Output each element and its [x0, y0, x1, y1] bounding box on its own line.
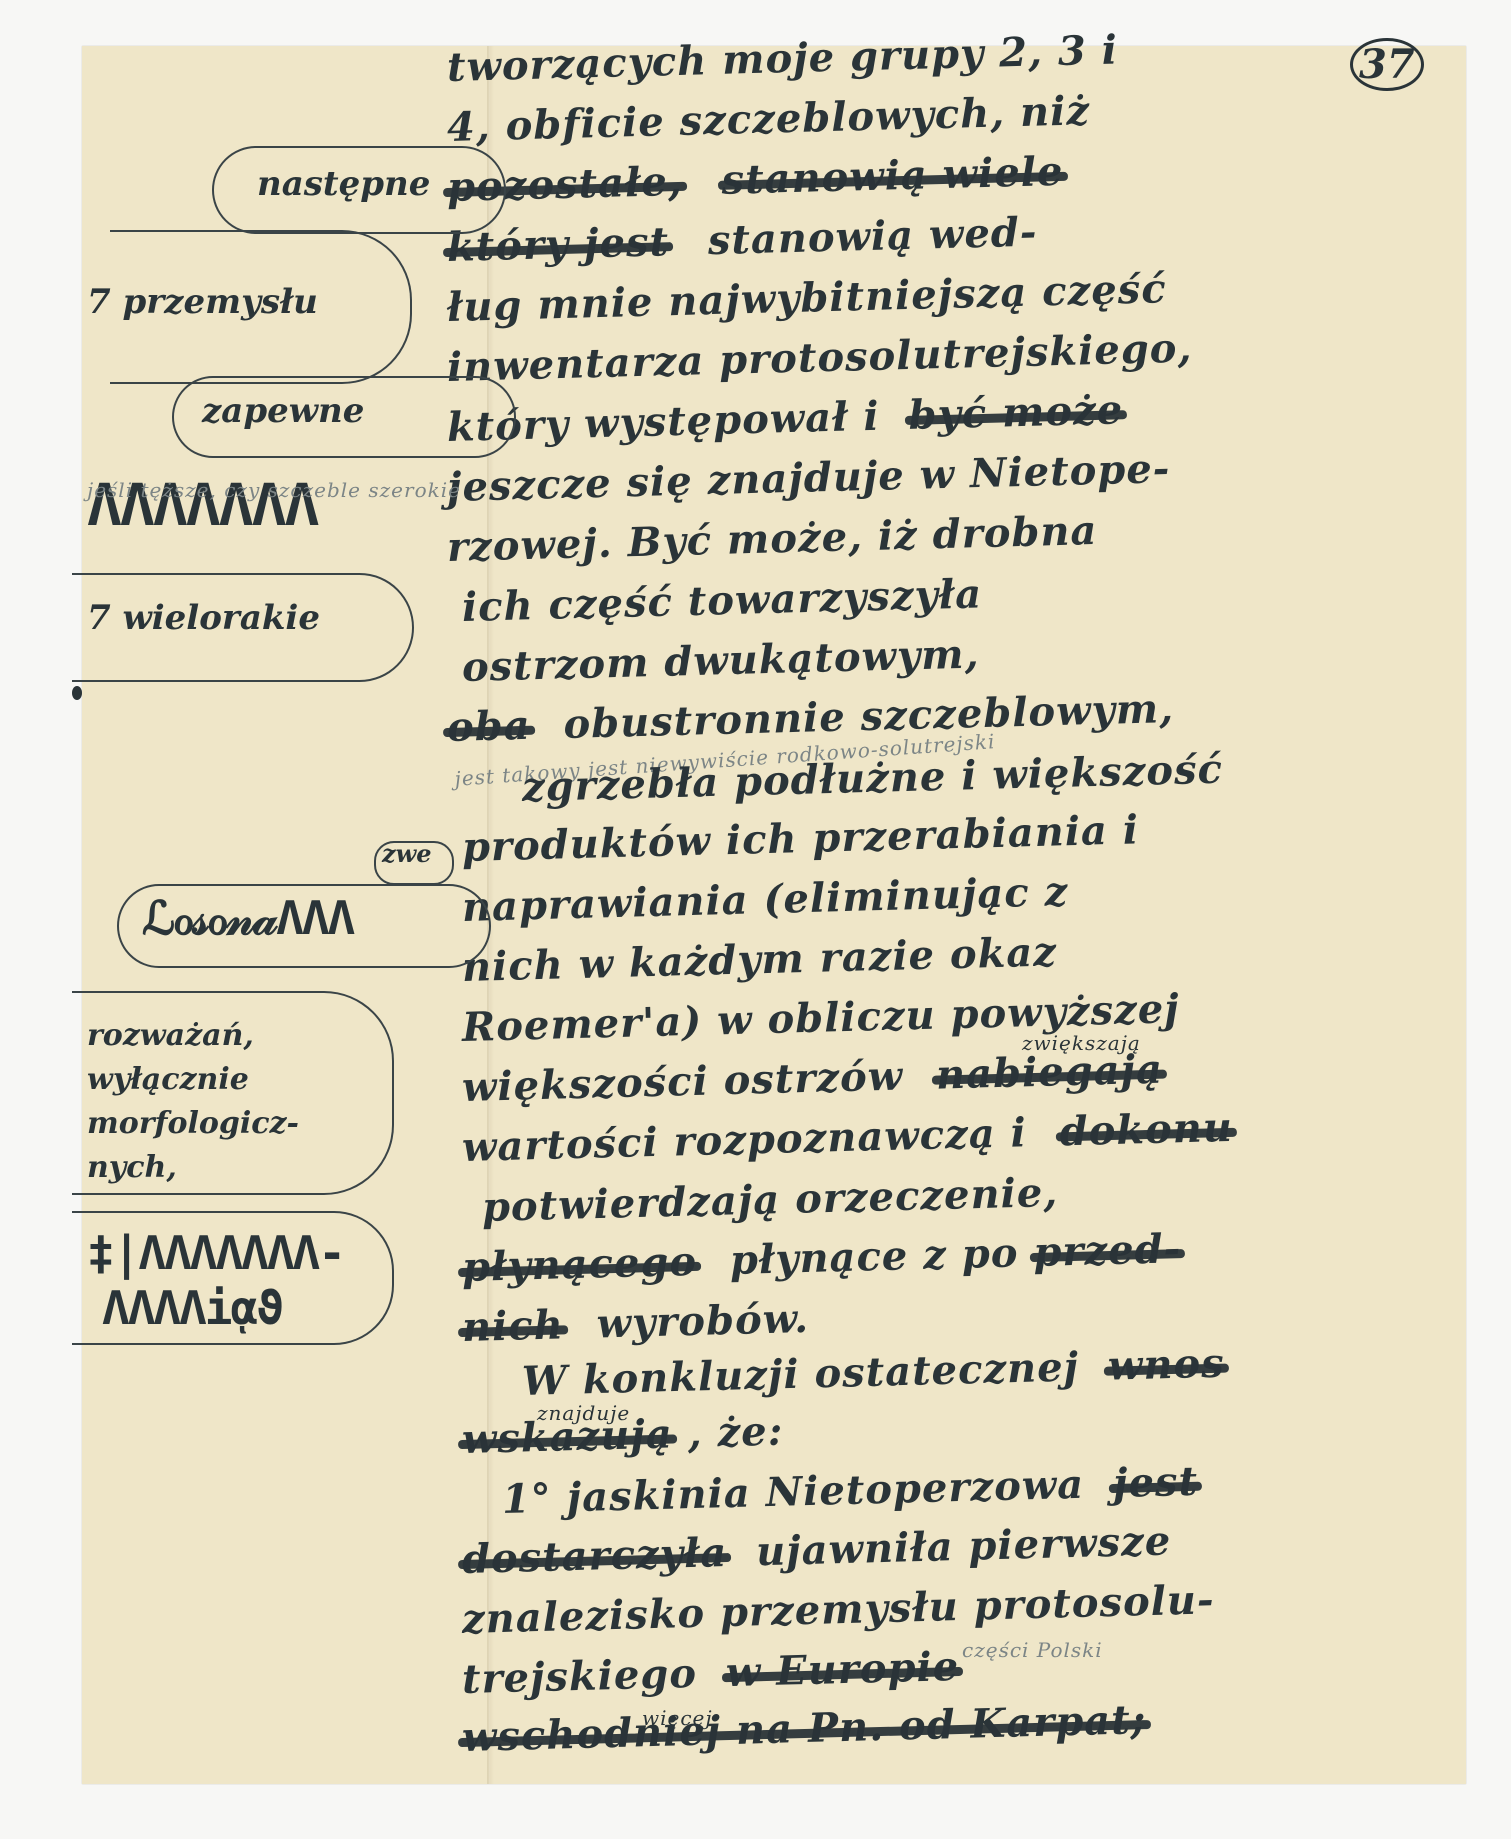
- margin-note: 7 przemysłu: [87, 282, 318, 322]
- text-line: tworzących moje grupy 2, 3 i: [446, 26, 1118, 91]
- text-line: inwentarza protosolutrejskiego,: [446, 324, 1193, 391]
- text-line: potwierdzają orzeczenie,: [481, 1169, 1058, 1231]
- text-line: ich część towarzyszyła: [461, 570, 982, 631]
- text-line: rzowej. Być może, iż drobna: [446, 507, 1098, 571]
- text-line: większości ostrzów nabiegają: [461, 1046, 1163, 1111]
- margin-note: zwe: [382, 839, 432, 868]
- text-line: trejskiego w Europie: [461, 1643, 959, 1703]
- text-line: produktów ich przerabiania i: [461, 806, 1139, 871]
- text-line: nich wyrobów.: [461, 1295, 809, 1351]
- text-line: 4, obficie szczeblowych, niż: [446, 87, 1090, 151]
- text-line: dostarczyła ujawniła pierwsze: [461, 1517, 1171, 1583]
- page-number: 37: [1350, 38, 1424, 91]
- text-line: wartości rozpoznawczą i dokonu: [461, 1104, 1233, 1171]
- text-line: nich w każdym razie okaz: [461, 928, 1057, 991]
- interlinear-insertion-faint: części Polski: [962, 1638, 1103, 1662]
- manuscript-page: 37 tworzących moje grupy 2, 3 i 4, obfic…: [82, 46, 1466, 1784]
- text-line: płynącego płynące z po przed-: [461, 1225, 1181, 1291]
- text-line: jeszcze się znajduje w Nietope-: [446, 445, 1171, 511]
- text-line: ostrzom dwukątowym,: [461, 630, 980, 691]
- struck-margin-note: ΛΛΛΛiᾳϑ: [102, 1281, 282, 1335]
- text-line: naprawiania (eliminując z: [461, 868, 1068, 931]
- text-line: ług mnie najwybitniejszą część: [446, 265, 1167, 331]
- ink-blot: [72, 686, 82, 700]
- struck-margin-note: ‡|ΛΛΛΛΛΛΛ-: [87, 1226, 344, 1280]
- margin-note: rozważań, wyłącznie morfologicz- nych,: [87, 1014, 387, 1190]
- text-line: który występował i być może: [446, 386, 1123, 451]
- margin-note: zapewne: [202, 391, 364, 431]
- text-line: W konkluzji ostatecznej wnos: [521, 1340, 1225, 1405]
- text-line-struck: pozostałe, stanowią wiele: [446, 148, 1064, 211]
- struck-margin-note: ℒℴ𝓈ℴ𝓃𝒶ΛΛΛ: [142, 891, 353, 947]
- text-line: który jest stanowią wed-: [446, 209, 1038, 271]
- text-line: wskazują , że:: [461, 1408, 784, 1463]
- margin-note: następne: [257, 164, 430, 204]
- margin-note-struck-text: jeśli tęższe, czy szczeble szerokie: [87, 478, 461, 502]
- text-line: znalezisko przemysłu protosolu-: [461, 1576, 1215, 1643]
- text-line: 1° jaskinia Nietoperzowa jest: [501, 1458, 1198, 1523]
- margin-note: 7 wielorakie: [87, 598, 320, 638]
